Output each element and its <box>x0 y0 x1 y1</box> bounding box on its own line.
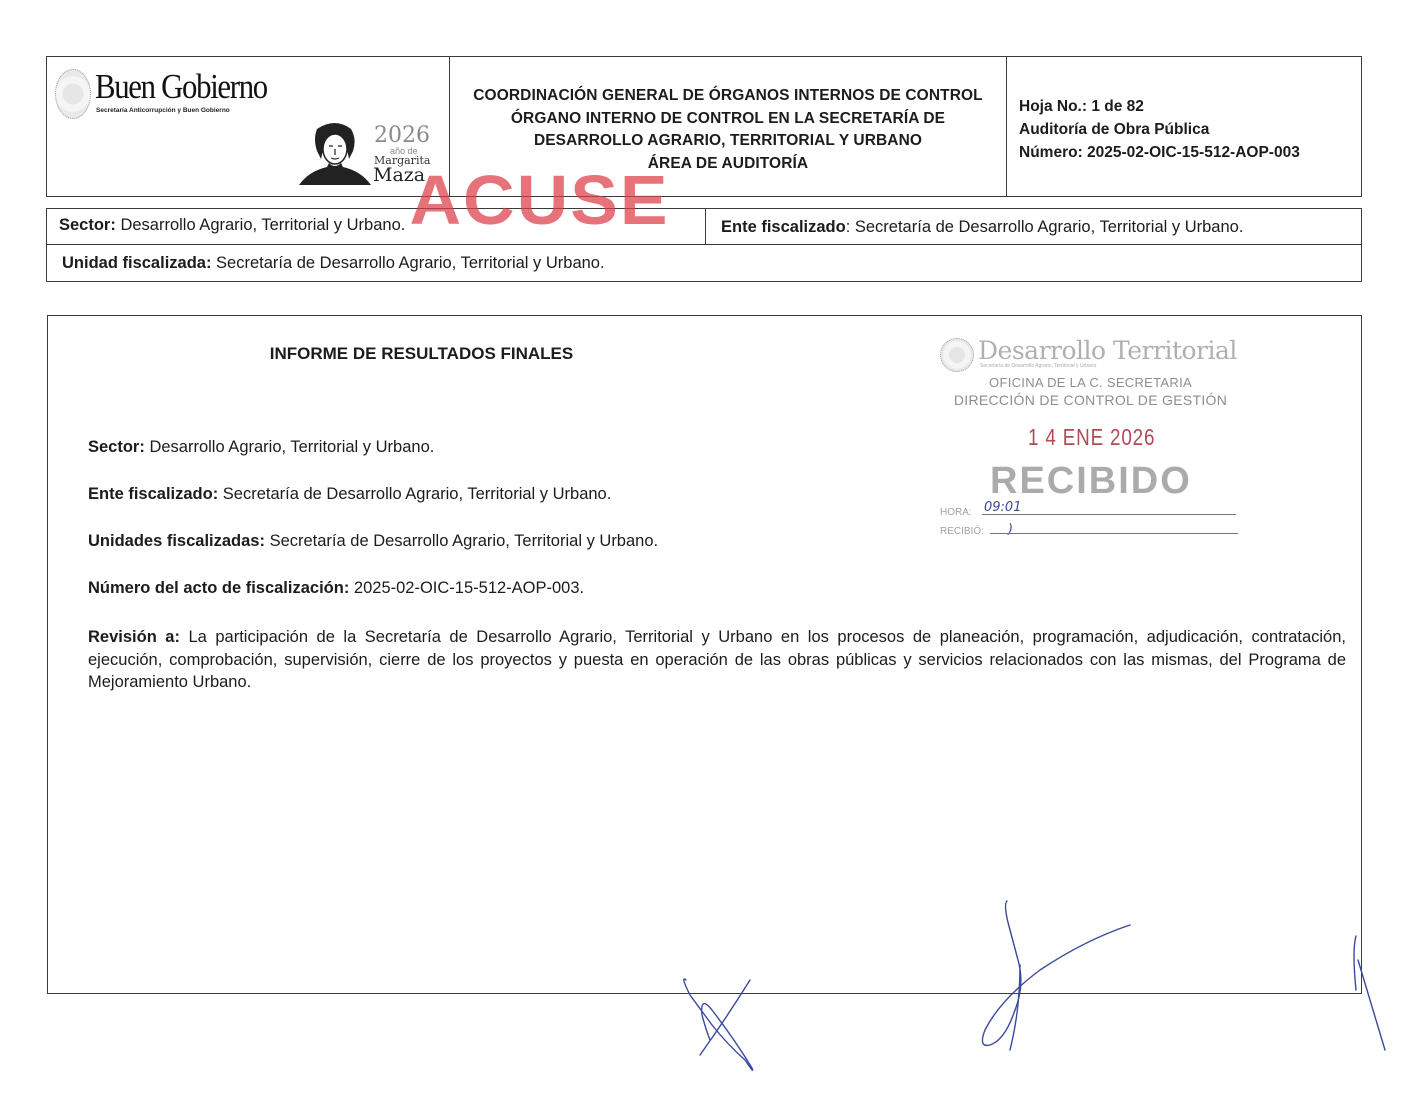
field-ente: Ente fiscalizado: Secretaría de Desarrol… <box>88 485 611 504</box>
brand-name: Buen Gobierno <box>95 67 267 107</box>
revision-text: La participación de la Secretaría de Des… <box>88 628 1346 691</box>
field-value: Secretaría de Desarrollo Agrario, Territ… <box>265 532 658 550</box>
field-label: Ente fiscalizado: <box>88 485 218 503</box>
field-label: Número del acto de fiscalización: <box>88 579 349 597</box>
header-table: Buen Gobierno Secretaría Anticorrupción … <box>46 56 1362 197</box>
field-value: Secretaría de Desarrollo Agrario, Territ… <box>218 485 611 503</box>
portrait-icon <box>299 121 371 185</box>
header-line: COORDINACIÓN GENERAL DE ÓRGANOS INTERNOS… <box>450 85 1006 108</box>
stamp-direction: DIRECCIÓN DE CONTROL DE GESTIÓN <box>938 392 1243 408</box>
stamp-hora-value: 09:01 <box>984 500 1021 515</box>
field-label: Unidades fiscalizadas: <box>88 532 265 550</box>
field-unidades: Unidades fiscalizadas: Secretaría de Des… <box>88 532 658 551</box>
audit-number: Número: 2025-02-OIC-15-512-AOP-003 <box>1019 141 1300 164</box>
field-label: Sector: <box>88 438 145 456</box>
stamp-brand: Desarrollo Territorial <box>978 336 1237 365</box>
brand-subtitle: Secretaría Anticorrupción y Buen Gobiern… <box>96 107 230 114</box>
info-unidad-value: Secretaría de Desarrollo Agrario, Territ… <box>211 254 604 272</box>
field-value: Desarrollo Agrario, Territorial y Urbano… <box>145 438 434 456</box>
revision-label: Revisión a: <box>88 628 180 646</box>
document-reference: Hoja No.: 1 de 82 Auditoría de Obra Públ… <box>1019 95 1300 164</box>
info-ente-label: Ente fiscalizado <box>721 218 846 236</box>
national-seal-icon <box>55 69 91 119</box>
info-sector-value: Desarrollo Agrario, Territorial y Urbano… <box>116 216 405 234</box>
stamp-hora-label: HORA: <box>940 507 972 518</box>
acuse-stamp: ACUSE <box>409 160 669 240</box>
received-stamp: Desarrollo Territorial Secretaría de Des… <box>938 336 1243 541</box>
stamp-recibio-rule <box>990 533 1238 534</box>
header-line: DESARROLLO AGRARIO, TERRITORIAL Y URBANO <box>450 130 1006 153</box>
field-numero-acto: Número del acto de fiscalización: 2025-0… <box>88 579 584 598</box>
stamp-recibio-label: RECIBIÓ: <box>940 526 984 537</box>
stamp-recibio-value: ) <box>1008 522 1013 537</box>
header-logo-cell: Buen Gobierno Secretaría Anticorrupción … <box>47 57 450 196</box>
header-line: ÓRGANO INTERNO DE CONTROL EN LA SECRETAR… <box>450 108 1006 131</box>
info-unidad: Unidad fiscalizada: Secretaría de Desarr… <box>62 254 605 273</box>
field-value: 2025-02-OIC-15-512-AOP-003. <box>349 579 584 597</box>
stamp-hora-rule <box>982 514 1236 515</box>
field-revision: Revisión a: La participación de la Secre… <box>88 626 1346 694</box>
stamp-brand-sub: Secretaría de Desarrollo Agrario, Territ… <box>980 363 1096 369</box>
stamp-seal-icon <box>940 338 974 372</box>
stamp-status: RECIBIDO <box>990 460 1192 503</box>
info-ente-value: : Secretaría de Desarrollo Agrario, Terr… <box>846 218 1244 236</box>
info-ente: Ente fiscalizado: Secretaría de Desarrol… <box>721 218 1243 237</box>
info-sector: Sector: Desarrollo Agrario, Territorial … <box>59 216 405 235</box>
info-sector-label: Sector: <box>59 216 116 234</box>
field-sector: Sector: Desarrollo Agrario, Territorial … <box>88 438 434 457</box>
audit-type: Auditoría de Obra Pública <box>1019 118 1300 141</box>
info-table: Sector: Desarrollo Agrario, Territorial … <box>46 208 1362 282</box>
stamp-date: 1 4 ENE 2026 <box>1028 424 1155 451</box>
stamp-office: OFICINA DE LA C. SECRETARIA <box>938 375 1243 390</box>
commemorative-year: 2026 <box>374 123 430 148</box>
header-right-cell: Hoja No.: 1 de 82 Auditoría de Obra Públ… <box>1007 57 1361 196</box>
report-title: INFORME DE RESULTADOS FINALES <box>0 344 1095 364</box>
info-divider <box>705 209 706 245</box>
info-unidad-label: Unidad fiscalizada: <box>62 254 211 272</box>
page-number: Hoja No.: 1 de 82 <box>1019 95 1300 118</box>
